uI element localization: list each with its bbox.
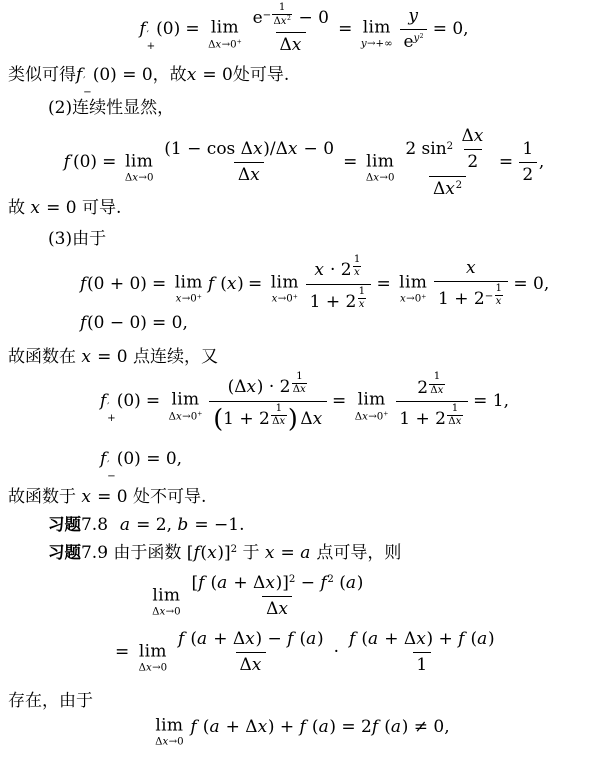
lim-word: lim [399,274,427,291]
math-text: 1 + 2 [310,292,357,312]
math-text: + [107,413,116,424]
math-variable: a [120,515,131,535]
numerator: 1 [275,404,284,415]
math-text: + [197,293,202,300]
math-variable: x [300,384,306,395]
math-variable: f [80,274,87,294]
math-text: 1 [416,655,427,675]
limit-operator: limy→+∞ [361,20,393,50]
math-text: = [376,274,390,294]
math-text: 于 [237,543,265,563]
math-row: Δx [272,416,286,427]
math-variable: x [187,65,197,85]
sign-mark: − [107,471,116,482]
fraction: f (a + Δx) + f (a)1 [345,629,498,677]
math-text: Δ [430,385,437,396]
math-text: 1 [522,139,533,159]
superscript: + [383,412,388,418]
math-row: f (a + Δx) + f (a) [349,629,495,649]
math-text: (0) = 0, [117,449,182,469]
superscript: −1Δx2 [263,3,293,27]
math-text: 存在，由于 [8,691,93,711]
numerator: 1 [295,372,304,383]
math-variable: a [306,629,317,649]
numerator: e−1Δx2 − 0 [249,3,333,32]
math-variable: x [247,377,257,397]
lim-subscript: Δx→0 [125,173,154,183]
math-text: ( [356,629,368,649]
math-variable: a [209,717,220,737]
math-row: f(0 + 0)=limx→0+f (x)=limx→0+x · 21x1 + … [80,274,549,294]
math-row: [f (a + Δx)]2 − f2 (a) [192,573,364,593]
fraction: 12 [519,139,537,187]
math-variable: a [368,629,379,649]
math-text: (0) = 0，故 [93,65,187,85]
math-row: x→0+ [176,294,202,305]
math-row: x→0+ [400,294,426,305]
math-text: Δ [293,384,300,395]
math-text: (0 + 0) [87,274,147,294]
math-text: = [499,152,513,172]
math-text: + [197,411,202,418]
superscript: 1x [352,255,363,278]
math-text: 1 [354,254,360,265]
math-variable: f [76,65,83,85]
math-row: x · 21x [314,260,362,280]
math-variable: a [197,629,208,649]
math-text: = −1. [189,515,245,535]
math-row: ey2 [403,32,423,52]
eq-f-zero-minus: f(0 − 0)= 0, [8,313,600,334]
denominator: Δx [447,415,463,427]
denominator: Δx [271,415,287,427]
prime-subscript-stack: ′− [83,76,92,98]
math-row: (1 + 21Δx)Δx [213,409,323,429]
big-paren: ) [288,408,298,431]
math-text: 1 [279,2,285,13]
math-text: →0 [222,39,237,50]
fraction: 1x [358,287,367,310]
math-text: = 1, [473,391,509,411]
exercise-label: 习题 [48,515,81,534]
numerator: 1 [353,255,362,266]
math-text: ) [317,629,324,649]
prime-mark: ′ [107,402,109,413]
math-text: 类似可得 [8,65,76,85]
math-text: 2 [456,180,462,191]
denominator: Δx [262,596,292,620]
lim-word: lim [155,718,183,735]
limit-operator: limΔx→0 [366,153,395,183]
math-row: Δx→0+ [208,39,242,50]
math-text: = 0 处不可导. [92,487,207,507]
math-variable: f [139,19,146,39]
math-variable: f [208,274,215,294]
math-text: ( [465,629,477,649]
lim-word: lim [175,274,203,291]
denominator: x [353,266,361,278]
math-row: y→+∞ [361,39,393,50]
math-row: 故函数在 x = 0 点连续，又 [8,347,218,367]
math-text: 7.8 [81,515,108,535]
denominator: x [495,295,503,307]
superscript: 1Δx [270,404,288,427]
math-variable: x [456,416,462,427]
math-row: f (a + Δx) − f (a) [178,629,324,649]
math-text: Δ [461,126,473,146]
math-variable: x [438,385,444,396]
numerator: 1 [519,139,537,162]
math-row: Δx→0 [155,737,184,748]
fraction: [f (a + Δx)]2 − f2 (a)Δx [188,573,367,621]
text-exercise-7-9: 习题7.9 由于函数 [f(x)]2 于 x = a 点可导，则 [8,542,600,565]
eq-limit-product-form: =limΔx→0f (a + Δx) − f (a)Δx·f (a + Δx) … [8,629,600,677]
eq-limit-squared-difference: limΔx→0[f (a + Δx)]2 − f2 (a)Δx [8,573,600,621]
math-text: (0) [117,391,141,411]
math-text: (2)连续性显然， [48,98,174,118]
math-text: ′ [147,30,149,41]
math-text: 2 [522,165,533,185]
math-variable: x [227,274,237,294]
math-variable: x [278,599,288,619]
limit-operator: limΔx→0+ [208,20,242,51]
math-variable: x [288,139,298,159]
denominator: Δx [276,32,306,56]
math-text: →0 [406,294,421,305]
math-text: 1 [496,283,502,294]
math-text: ′ [107,460,109,471]
math-row: (3)由于 [48,229,106,249]
superscript: 1Δx [290,372,308,395]
numerator: (Δx) · 21Δx [224,372,312,401]
math-text: 1 [452,403,458,414]
math-row: 1 + 2−1x [438,289,504,309]
text-not-differentiable: 故函数于 x = 0 处不可导. [8,486,600,509]
math-variable: a [300,543,311,563]
math-text: )] [276,573,289,593]
math-text: ( [379,717,391,737]
limit-operator: limΔx→0 [139,643,168,673]
numerator: 1 [358,287,367,298]
prime-subscript-stack: ′+ [107,402,116,424]
math-row: Δx [293,384,307,395]
math-text: →0 [278,294,293,305]
math-row: f′+(0)=limΔx→0+e−1Δx2 − 0Δx=limy→+∞yey2=… [139,19,468,39]
math-row: Δx2 [273,16,290,27]
text-continuous-at-zero: 故函数在 x = 0 点连续，又 [8,346,600,369]
math-variable: a [477,629,488,649]
math-text: ) [237,274,244,294]
math-text: − 0 [298,139,334,159]
math-text: Δ [266,599,278,619]
math-text: = [338,19,352,39]
numerator: (1 − cos Δx)/Δx − 0 [161,139,338,162]
limit-operator: limΔx→0 [125,153,154,183]
math-variable: x [416,629,426,649]
math-text: = 0, [433,19,469,39]
lim-subscript: x→0+ [176,294,202,305]
text-similarly-left-derivative: 类似可得f′−(0) = 0，故x = 0处可导. [8,64,600,99]
math-text: 1 + 2 [399,409,446,429]
superscript: 2 [447,142,453,152]
math-text: − [263,10,272,21]
lim-word: lim [125,153,153,170]
math-row: Δx [240,655,263,675]
limit-operator: limΔx→0 [155,718,184,748]
fraction: e−1Δx2 − 0Δx [249,3,333,56]
page-root: f′+(0)=limΔx→0+e−1Δx2 − 0Δx=limy→+∞yey2=… [0,0,604,784]
denominator: Δx [429,384,445,396]
math-text: 1 + 2 [223,409,270,429]
lim-subscript: Δx→0+ [169,412,203,423]
denominator: (1 + 21Δx)Δx [209,401,326,431]
lim-subscript: Δx→0 [139,663,168,673]
fraction: 1Δx [292,372,308,395]
math-text: Δ [240,655,252,675]
math-row: Δx→0 [125,172,154,183]
denominator: Δx2 [272,14,291,27]
math-text: 2 sin [405,139,446,159]
math-text: − 0 [293,8,329,28]
math-text: →0 [182,294,197,305]
math-row: Δx [238,165,261,185]
math-variable: x [496,296,502,307]
lim-word: lim [171,392,199,409]
math-row: Δx [448,416,462,427]
fraction: x · 21x1 + 21x [306,255,371,313]
fraction: 2 sin2Δx2Δx2 [402,126,494,200]
math-row: Δx→0 [152,606,181,617]
math-row: 1 + 21x [310,292,368,312]
math-text: 2 [467,152,478,172]
math-text: = 0处可导. [197,65,289,85]
math-row: (1 − cos Δx)/Δx − 0 [164,139,334,159]
math-text: + Δ [228,573,265,593]
math-text: − [485,291,494,302]
math-variable: f [80,313,87,333]
superscript: + [197,294,202,300]
math-text: (1 − cos Δ [164,139,253,159]
math-variable: f [100,391,107,411]
math-row: =limΔx→0f (a + Δx) − f (a)Δx·f (a + Δx) … [115,642,500,662]
math-text: e [253,8,263,28]
eq-f-zero-plus: f(0 + 0)=limx→0+f (x)=limx→0+x · 21x1 + … [8,255,600,313]
math-text: 1 [359,286,365,297]
math-variable: x [245,629,255,649]
lim-subscript: Δx→0+ [208,40,242,51]
math-row: Δx→0 [139,662,168,673]
math-text: = 0 点连续，又 [92,347,218,367]
lim-word: lim [139,643,167,660]
text-part3-since: (3)由于 [8,228,600,251]
math-text: ′ [107,402,109,413]
math-row: −1x [485,291,505,302]
math-row: 1 + 21Δx [399,409,464,429]
math-row: 21Δx [417,378,446,398]
denominator: 1 + 21x [306,284,371,314]
superscript: + [421,294,426,300]
math-text: ) [357,573,364,593]
math-text: Δ [300,409,312,429]
lim-subscript: y→+∞ [361,40,393,50]
big-paren: ( [213,408,223,431]
math-text: →0 [152,662,167,673]
math-text: →0 [368,411,383,422]
math-text: + [147,41,156,52]
fraction: (Δx) · 21Δx(1 + 21Δx)Δx [209,372,326,431]
math-variable: f [320,573,327,593]
math-row: Δx→0+ [169,411,203,422]
math-row: Δx2 [433,179,462,199]
lim-word: lim [152,587,180,604]
math-row: Δx [430,385,444,396]
math-text: ) [488,629,495,649]
lim-word: lim [271,274,299,291]
math-row: (2)连续性显然， [48,98,174,118]
math-text: · [334,642,339,662]
limit-operator: limx→0+ [175,274,203,305]
math-variable: x [474,126,484,146]
math-text: (0) [156,19,180,39]
sign-mark: + [147,41,156,52]
lim-subscript: Δx→0+ [355,412,389,423]
fraction: 21Δx1 + 21Δx [396,372,468,430]
math-text: 1 [276,403,282,414]
superscript: 1Δx [446,404,464,427]
text-exercise-7-8: 习题7.8a = 2, b = −1. [8,514,600,537]
math-row: f′+(0)=limΔx→0+(Δx) · 21Δx(1 + 21Δx)Δx=l… [100,391,509,411]
limit-operator: limx→0+ [399,274,427,305]
math-text: = [343,152,357,172]
math-variable: x [207,543,217,563]
numerator: f (a + Δx) + f (a) [345,629,498,652]
math-row: limΔx→0[f (a + Δx)]2 − f2 (a)Δx [147,586,369,606]
numerator: 1 [495,284,504,295]
math-text: = 0 可导. [41,198,122,218]
math-text: + [237,39,242,46]
math-row: 类似可得f′−(0) = 0，故x = 0处可导. [8,65,289,85]
prime-mark: ′ [107,460,109,471]
fraction: 1Δx [271,404,287,427]
limit-operator: limx→0+ [271,274,299,305]
math-variable: x [445,179,455,199]
eq-left-derivative-zero: f′−(0) = 0, [8,449,600,483]
numerator: f (a + Δx) − f (a) [174,629,327,652]
math-text: ( [197,717,209,737]
math-variable: f [300,717,307,737]
math-row: x→0+ [272,294,298,305]
superscript: 2 [420,34,424,40]
numerator: x · 21x [311,255,367,284]
math-text: 故 [8,198,30,218]
math-text: Δ [280,35,292,55]
fraction: 1x [495,284,504,307]
math-row: Δx [461,126,484,146]
math-text: →0 [379,172,394,183]
math-text: ) + [268,717,300,737]
numerator: 21Δx [413,372,449,401]
math-text: Δ [448,416,455,427]
math-row: limΔx→0f (a + Δx) + f (a) = 2f (a) ≠ 0, [150,717,450,737]
math-text: 2 [287,15,291,22]
numerator: 1 [433,372,442,383]
math-row: (Δx) · 21Δx [228,377,309,397]
numerator: 1 [278,3,287,14]
math-variable: f [64,152,71,172]
math-variable: x [253,139,263,159]
math-text: ( [205,573,217,593]
fraction: 1Δx [429,372,445,395]
math-row: y2 [414,33,424,44]
lim-subscript: x→0+ [272,294,298,305]
math-text: 故函数于 [8,487,81,507]
math-text: + Δ [379,629,416,649]
math-text: 2 [420,33,424,40]
math-text: + Δ [208,629,245,649]
prime-subscript-stack: ′− [107,460,116,482]
lim-word: lim [211,20,239,37]
math-text: e [403,32,413,52]
math-text: 7.9 由于函数 [ [81,543,193,563]
lim-subscript: Δx→0 [152,607,181,617]
denominator: ey2 [400,29,428,53]
eq-limit-sum-nonzero: limΔx→0f (a + Δx) + f (a) = 2f (a) ≠ 0, [8,712,600,742]
math-variable: x [313,409,323,429]
superscript: 2 [456,181,462,191]
math-text: = [332,391,346,411]
lim-word: lim [363,20,391,37]
denominator: Δx [236,652,266,676]
denominator: 2 [519,162,537,186]
math-text: 1 [296,371,302,382]
math-text: ( [307,717,319,737]
numerator: Δx [458,126,488,149]
limit-operator: limΔx→0+ [169,392,203,423]
math-variable: f [100,449,107,469]
math-variable: x [250,165,260,185]
superscript: + [197,412,202,418]
math-text: + Δ [220,717,257,737]
denominator: Δx [234,162,264,186]
denominator: x [358,298,366,310]
math-variable: b [177,515,189,535]
limit-operator: limΔx→0+ [355,392,389,423]
math-text: 2 [417,378,428,398]
fraction: 1x [353,255,362,278]
numerator: 1 [451,404,460,415]
denominator: 1 + 21Δx [396,401,468,431]
denominator: 2 [464,149,482,173]
math-text: = 2, [131,515,178,535]
lim-word: lim [358,392,386,409]
numerator: x [462,258,480,281]
math-row: e−1Δx2 − 0 [253,8,329,28]
prime-mark: ′ [83,76,85,87]
denominator: 1 [413,652,431,676]
math-variable: x [292,35,302,55]
exercise-label: 习题 [48,543,81,562]
fraction: f (a + Δx) − f (a)Δx [174,629,327,677]
math-text: 1 + 2 [438,289,485,309]
math-text: ′ [83,76,85,87]
math-text: Δ [273,16,280,27]
superscript: y2 [414,34,424,45]
sign-mark: + [107,413,116,424]
math-text: − [107,471,116,482]
math-text: ) − [255,629,287,649]
fraction: yey2 [400,6,428,54]
math-text: →0 [138,172,153,183]
